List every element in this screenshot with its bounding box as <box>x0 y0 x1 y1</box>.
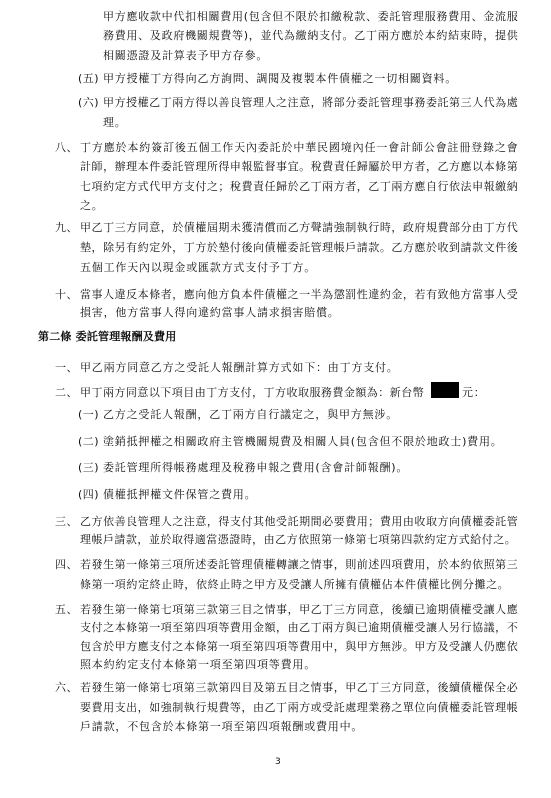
paragraph-line: 條第一項約定終止時，依終止時之甲方及受讓人所擁有債權佔本件債權比例分攤之。 <box>80 577 509 593</box>
item-number: (三) <box>78 460 99 476</box>
paragraph-line: 務費用、及政府機關規費等)，並代為繳納支付。乙丁兩方應於本約結束時，提供 <box>103 28 518 44</box>
item-number: 六、 <box>55 680 78 696</box>
paragraph-line: 甲方授權乙丁兩方得以善良管理人之注意，將部分委託管理事務委託第三人代為處 <box>103 95 518 111</box>
item-number: (二) <box>78 434 99 450</box>
paragraph-line: 甲丁兩方同意以下項目由丁方支付，丁方收取服務費金額為：新台幣 <box>80 385 424 401</box>
paragraph-line: 五個工作天內以現金或匯款方式支付予丁方。 <box>80 260 316 276</box>
paragraph-line: 之。 <box>80 198 104 214</box>
document-page: 甲方應收款中代扣相關費用(包含但不限於扣繳稅款、委託管理服務費用、金流服 務費用… <box>0 0 551 798</box>
section-heading: 第二條 委託管理報酬及費用 <box>38 329 176 345</box>
paragraph-line: 七項約定方式代甲方支付之；稅費責任歸於乙丁兩方者，乙丁兩方應自行依法申報繳納 <box>80 179 518 195</box>
paragraph-line: 當事人違反本條者，應向他方負本件債權之一半為懲罰性違約金，若有致他方當事人受 <box>80 287 518 303</box>
paragraph-line: 理。 <box>103 115 127 131</box>
paragraph-line: 包含於甲方應支付之本條第一項至第四項等費用中，與甲方無涉。甲方及受讓人仍應依 <box>80 639 518 655</box>
paragraph-line: 塗銷抵押權之相關政府主管機關規費及相關人員(包含但不限於地政士)費用。 <box>103 434 503 450</box>
item-number: 十、 <box>55 287 78 303</box>
item-number: 九、 <box>55 220 78 236</box>
paragraph-line: 乙方之受託人報酬，乙丁兩方自行議定之，與甲方無涉。 <box>103 407 398 423</box>
paragraph-line: 理帳戶請款，並於取得適當憑證時，由乙方依照第一條第七項第四款約定方式給付之。 <box>80 532 516 548</box>
paragraph-line: 戶請款，不包含於本條第一項至第四項報酬或費用中。 <box>80 719 363 735</box>
item-number: 三、 <box>55 514 78 530</box>
paragraph-line: 債權抵押權文件保管之費用。 <box>103 487 256 503</box>
paragraph-line: 甲方授權丁方得向乙方詢問、調閱及複製本件債權之一切相關資料。 <box>103 71 457 87</box>
item-number: 四、 <box>55 557 78 573</box>
paragraph-line: 若發生第一條第七項第三款第四目及第五目之情事，甲乙丁三方同意，後續債權保全必 <box>80 680 518 696</box>
paragraph-line: 支付之本條第一項至第四項等費用金額，由乙丁兩方與已逾期債權受讓人另行協議，不 <box>80 620 518 636</box>
item-number: 一、 <box>55 360 78 376</box>
item-number: (四) <box>78 487 99 503</box>
paragraph-line: 損害，他方當事人得向違約當事人請求損害賠償。 <box>80 305 340 321</box>
paragraph-line: 計師，辦理本件委託管理所得申報監督事宜。稅費責任歸屬於甲方者，乙方應以本條第 <box>80 159 518 175</box>
page-number: 3 <box>275 756 281 768</box>
item-number: (五) <box>78 71 99 87</box>
paragraph-line: 乙方依善良管理人之注意，得支付其他受託期間必要費用；費用由收取方向債權委託管 <box>80 514 518 530</box>
item-number: 五、 <box>55 602 78 618</box>
item-number: 二、 <box>55 385 78 401</box>
paragraph-line: 相關憑證及計算表予甲方存參。 <box>103 48 268 64</box>
paragraph-line: 委託管理所得帳務處理及稅務申報之費用(含會計師報酬)。 <box>103 460 408 476</box>
item-number: (六) <box>78 95 99 111</box>
paragraph-line: 墊，除另有約定外，丁方於墊付後向債權委託管理帳戶請款。乙方應於收到請款文件後 <box>80 240 518 256</box>
item-number: 八、 <box>55 140 78 156</box>
paragraph-line: 照本約約定支付本條第一項至第四項等費用。 <box>80 657 316 673</box>
paragraph-line: 若發生第一條第七項第三款第三目之情事，甲乙丁三方同意，後續已逾期債權受讓人應 <box>80 602 518 618</box>
paragraph-line: 要費用支出，如強制執行規費等，由乙丁兩方或受託處理業務之單位向債權委託管理帳 <box>80 700 518 716</box>
redacted-amount <box>431 382 459 398</box>
paragraph-line: 甲乙兩方同意乙方之受託人報酬計算方式如下：由丁方支付。 <box>80 360 399 376</box>
paragraph-line: 丁方應於本約簽訂後五個工作天內委託於中華民國境內任一會計師公會註冊登錄之會 <box>80 140 518 156</box>
paragraph-line: 甲方應收款中代扣相關費用(包含但不限於扣繳稅款、委託管理服務費用、金流服 <box>103 9 518 25</box>
item-number: (一) <box>78 407 99 423</box>
paragraph-line: 甲乙丁三方同意，於債權屆期未獲清償而乙方聲請強制執行時，政府規費部分由丁方代 <box>80 220 518 236</box>
paragraph-line: 若發生第一條第三項所述委託管理債權轉讓之情事，則前述四項費用，於本約依照第三 <box>80 557 518 573</box>
currency-unit: 元： <box>462 385 486 401</box>
